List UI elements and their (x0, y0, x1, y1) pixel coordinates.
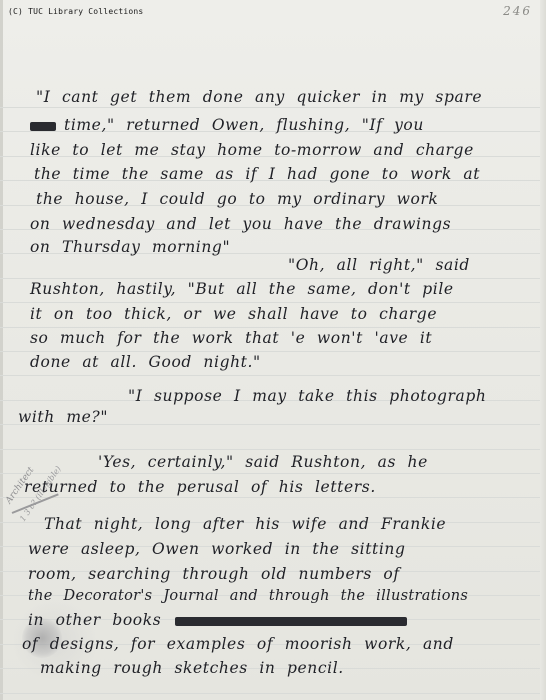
manuscript-line: "I cant get them done any quicker in my … (36, 88, 482, 106)
ruled-line (0, 351, 546, 352)
ruled-line (0, 693, 546, 694)
manuscript-page: (C) TUC Library Collections 246 Architec… (0, 0, 546, 700)
manuscript-line: on wednesday and let you have the drawin… (30, 215, 451, 233)
ruled-line (0, 473, 546, 474)
manuscript-line: in other books (28, 611, 407, 629)
manuscript-line: "I suppose I may take this photograph (128, 387, 487, 405)
manuscript-line-text: in other books (28, 611, 161, 629)
manuscript-line: 'Yes, certainly," said Rushton, as he (98, 453, 428, 471)
ruled-line (0, 497, 546, 498)
manuscript-line: time," returned Owen, flushing, "If you (30, 116, 424, 134)
manuscript-line-text: time," returned Owen, flushing, "If you (64, 116, 424, 134)
manuscript-line: of designs, for examples of moorish work… (22, 635, 454, 653)
manuscript-line: the time the same as if I had gone to wo… (34, 165, 480, 183)
ruled-line (0, 302, 546, 303)
ruled-line (0, 278, 546, 279)
manuscript-line: with me?" (18, 408, 108, 426)
manuscript-line: it on too thick, or we shall have to cha… (30, 305, 437, 323)
manuscript-line: making rough sketches in pencil. (40, 659, 344, 677)
manuscript-line: on Thursday morning" (30, 238, 230, 256)
manuscript-line: Rushton, hastily, "But all the same, don… (30, 280, 454, 298)
struck-out-text (175, 617, 407, 626)
manuscript-line: room, searching through old numbers of (28, 565, 400, 583)
ruled-line (0, 375, 546, 376)
folio-number: 246 (503, 4, 532, 18)
ruled-line (0, 107, 546, 108)
redaction-mark (30, 122, 56, 131)
manuscript-line: were asleep, Owen worked in the sitting (28, 540, 406, 558)
manuscript-line: done at all. Good night." (30, 353, 261, 371)
manuscript-line: That night, long after his wife and Fran… (44, 515, 446, 533)
manuscript-line: the Decorator's Journal and through the … (28, 588, 468, 604)
ruled-line (0, 449, 546, 450)
ruled-line (0, 327, 546, 328)
manuscript-line: like to let me stay home to-morrow and c… (30, 141, 474, 159)
manuscript-line: "Oh, all right," said (288, 256, 470, 274)
copyright-notice: (C) TUC Library Collections (8, 7, 143, 16)
manuscript-line: returned to the perusal of his letters. (24, 478, 376, 496)
manuscript-line: the house, I could go to my ordinary wor… (36, 190, 438, 208)
manuscript-line: so much for the work that 'e won't 'ave … (30, 329, 432, 347)
